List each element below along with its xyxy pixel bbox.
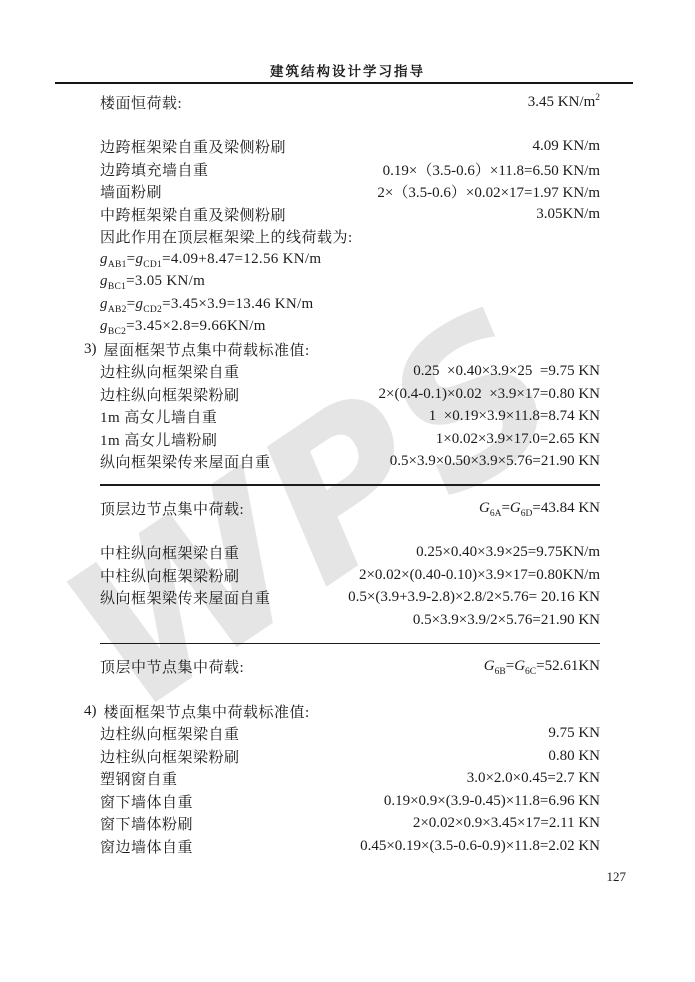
row-label: 边柱纵向框架梁自重 [100,361,240,382]
formula-text: gBC2=3.45×2.8=9.66KN/m [100,318,266,335]
row-value: 0.45×0.19×(3.5-0.6-0.9)×11.8=2.02 KN [360,838,600,855]
content-row: 边柱纵向框架梁粉刷2×(0.4-0.1)×0.02 ×3.9×17=0.80 K… [100,383,600,406]
content-row: 0.5×3.9×3.9/2×5.76=21.90 KN [100,609,600,632]
formula-text: gAB1=gCD1=4.09+8.47=12.56 KN/m [100,251,321,268]
content-row: 中柱纵向框架梁自重0.25×0.40×3.9×25=9.75KN/m [100,542,600,565]
content-row: 窗下墙体粉刷2×0.02×0.9×3.45×17=2.11 KN [100,813,600,836]
content-row: 窗边墙体自重0.45×0.19×(3.5-0.6-0.9)×11.8=2.02 … [100,835,600,858]
header-divider [55,82,633,84]
content-row: 边柱纵向框架梁自重0.25 ×0.40×3.9×25 =9.75 KN [100,361,600,384]
row-label: 因此作用在顶层框架梁上的线荷载为: [100,226,353,247]
list-number: 3) [84,341,97,358]
row-label: 顶层边节点集中荷载: [100,498,244,519]
row-value: 1×0.02×3.9×17.0=2.65 KN [436,431,600,448]
content-area: 楼面恒荷载:3.45 KN/m2边跨框架梁自重及梁侧粉刷4.09 KN/m边跨填… [100,91,600,858]
row-label: 墙面粉刷 [100,181,162,202]
row-label: 纵向框架梁传来屋面自重 [100,451,271,472]
row-value: G6A=G6D=43.84 KN [479,500,600,517]
content-row: 窗下墙体自重0.19×0.9×(3.9-0.45)×11.8=6.96 KN [100,790,600,813]
row-label: 窗下墙体粉刷 [100,813,193,834]
row-value: 2×0.02×(0.40-0.10)×3.9×17=0.80KN/m [359,567,600,584]
row-label: 边柱纵向框架梁粉刷 [100,746,240,767]
row-label: 中柱纵向框架梁自重 [100,542,240,563]
row-value: 0.5×3.9×0.50×3.9×5.76=21.90 KN [390,453,600,470]
formula-text: gAB2=gCD2=3.45×3.9=13.46 KN/m [100,296,314,313]
row-value: 3.0×2.0×0.45=2.7 KN [467,770,600,787]
content-row: gAB1=gCD1=4.09+8.47=12.56 KN/m [100,248,600,271]
content-row: gAB2=gCD2=3.45×3.9=13.46 KN/m [100,293,600,316]
row-label: 1m 高女儿墙自重 [100,406,217,427]
row-label: 塑钢窗自重 [100,768,178,789]
content-row: 边跨框架梁自重及梁侧粉刷4.09 KN/m [100,136,600,159]
row-label: 窗边墙体自重 [100,836,193,857]
content-row: 顶层边节点集中荷载:G6A=G6D=43.84 KN [100,497,600,520]
row-label: 1m 高女儿墙粉刷 [100,429,217,450]
row-value: 1 ×0.19×3.9×11.8=8.74 KN [429,408,600,425]
row-label: 屋面框架节点集中荷载标准值: [104,339,310,360]
content-row: 边柱纵向框架梁粉刷0.80 KN [100,745,600,768]
row-value: 0.5×(3.9+3.9-2.8)×2.8/2×5.76= 20.16 KN [348,589,600,606]
content-row: 因此作用在顶层框架梁上的线荷载为: [100,226,600,249]
row-value: 3.45 KN/m2 [528,94,600,111]
row-value: 0.25 ×0.40×3.9×25 =9.75 KN [413,363,600,380]
row-label: 窗下墙体自重 [100,791,193,812]
content-row: 纵向框架梁传来屋面自重0.5×3.9×0.50×3.9×5.76=21.90 K… [100,451,600,474]
row-label: 纵向框架梁传来屋面自重 [100,587,271,608]
row-label: 中柱纵向框架梁粉刷 [100,565,240,586]
row-label: 边跨填充墙自重 [100,159,209,180]
content-row: gBC1=3.05 KN/m [100,271,600,294]
content-row: 1m 高女儿墙自重1 ×0.19×3.9×11.8=8.74 KN [100,406,600,429]
row-value: 0.5×3.9×3.9/2×5.76=21.90 KN [413,612,600,629]
row-label: 中跨框架梁自重及梁侧粉刷 [100,204,286,225]
row-value: G6B=G6C=52.61KN [484,658,600,675]
row-value: 0.25×0.40×3.9×25=9.75KN/m [416,544,600,561]
content-row: 塑钢窗自重3.0×2.0×0.45=2.7 KN [100,768,600,791]
content-row: 边柱纵向框架梁自重9.75 KN [100,723,600,746]
row-value: 0.19×0.9×(3.9-0.45)×11.8=6.96 KN [384,793,600,810]
row-value: 0.80 KN [548,748,600,765]
content-row: 墙面粉刷2×（3.5-0.6）×0.02×17=1.97 KN/m [100,181,600,204]
row-label: 楼面恒荷载: [100,92,182,113]
formula-text: gBC1=3.05 KN/m [100,273,205,290]
row-value: 9.75 KN [548,725,600,742]
row-label: 边跨框架梁自重及梁侧粉刷 [100,136,286,157]
content-row: 中跨框架梁自重及梁侧粉刷3.05KN/m [100,203,600,226]
content-row: 楼面恒荷载:3.45 KN/m2 [100,91,600,114]
section-divider [100,484,600,486]
row-label: 楼面框架节点集中荷载标准值: [104,701,310,722]
row-value: 4.09 KN/m [533,138,601,155]
page-number: 127 [0,869,626,885]
row-value: 2×(0.4-0.1)×0.02 ×3.9×17=0.80 KN [379,386,600,403]
document-page: 建筑结构设计学习指导 WPS 楼面恒荷载:3.45 KN/m2边跨框架梁自重及梁… [0,0,695,982]
content-row: 顶层中节点集中荷载:G6B=G6C=52.61KN [100,656,600,679]
section-divider [100,643,600,645]
content-row: 4)楼面框架节点集中荷载标准值: [84,700,600,723]
row-value: 2×（3.5-0.6）×0.02×17=1.97 KN/m [377,181,600,202]
section-rule-row [100,473,600,497]
row-value: 0.19×（3.5-0.6）×11.8=6.50 KN/m [383,159,600,180]
row-label: 边柱纵向框架梁自重 [100,723,240,744]
spacer-row [100,520,600,542]
section-rule-row [100,632,600,656]
list-number: 4) [84,703,97,720]
spacer-row [100,114,600,136]
row-label: 顶层中节点集中荷载: [100,656,244,677]
content-row: 边跨填充墙自重0.19×（3.5-0.6）×11.8=6.50 KN/m [100,158,600,181]
content-row: 中柱纵向框架梁粉刷2×0.02×(0.40-0.10)×3.9×17=0.80K… [100,564,600,587]
content-row: 1m 高女儿墙粉刷1×0.02×3.9×17.0=2.65 KN [100,428,600,451]
row-value: 3.05KN/m [536,206,600,223]
row-value: 2×0.02×0.9×3.45×17=2.11 KN [413,815,600,832]
content-row: 3)屋面框架节点集中荷载标准值: [84,338,600,361]
content-row: 纵向框架梁传来屋面自重0.5×(3.9+3.9-2.8)×2.8/2×5.76=… [100,587,600,610]
content-row: gBC2=3.45×2.8=9.66KN/m [100,316,600,339]
row-label: 边柱纵向框架梁粉刷 [100,384,240,405]
spacer-row [100,678,600,700]
page-header-title: 建筑结构设计学习指导 [0,60,695,80]
